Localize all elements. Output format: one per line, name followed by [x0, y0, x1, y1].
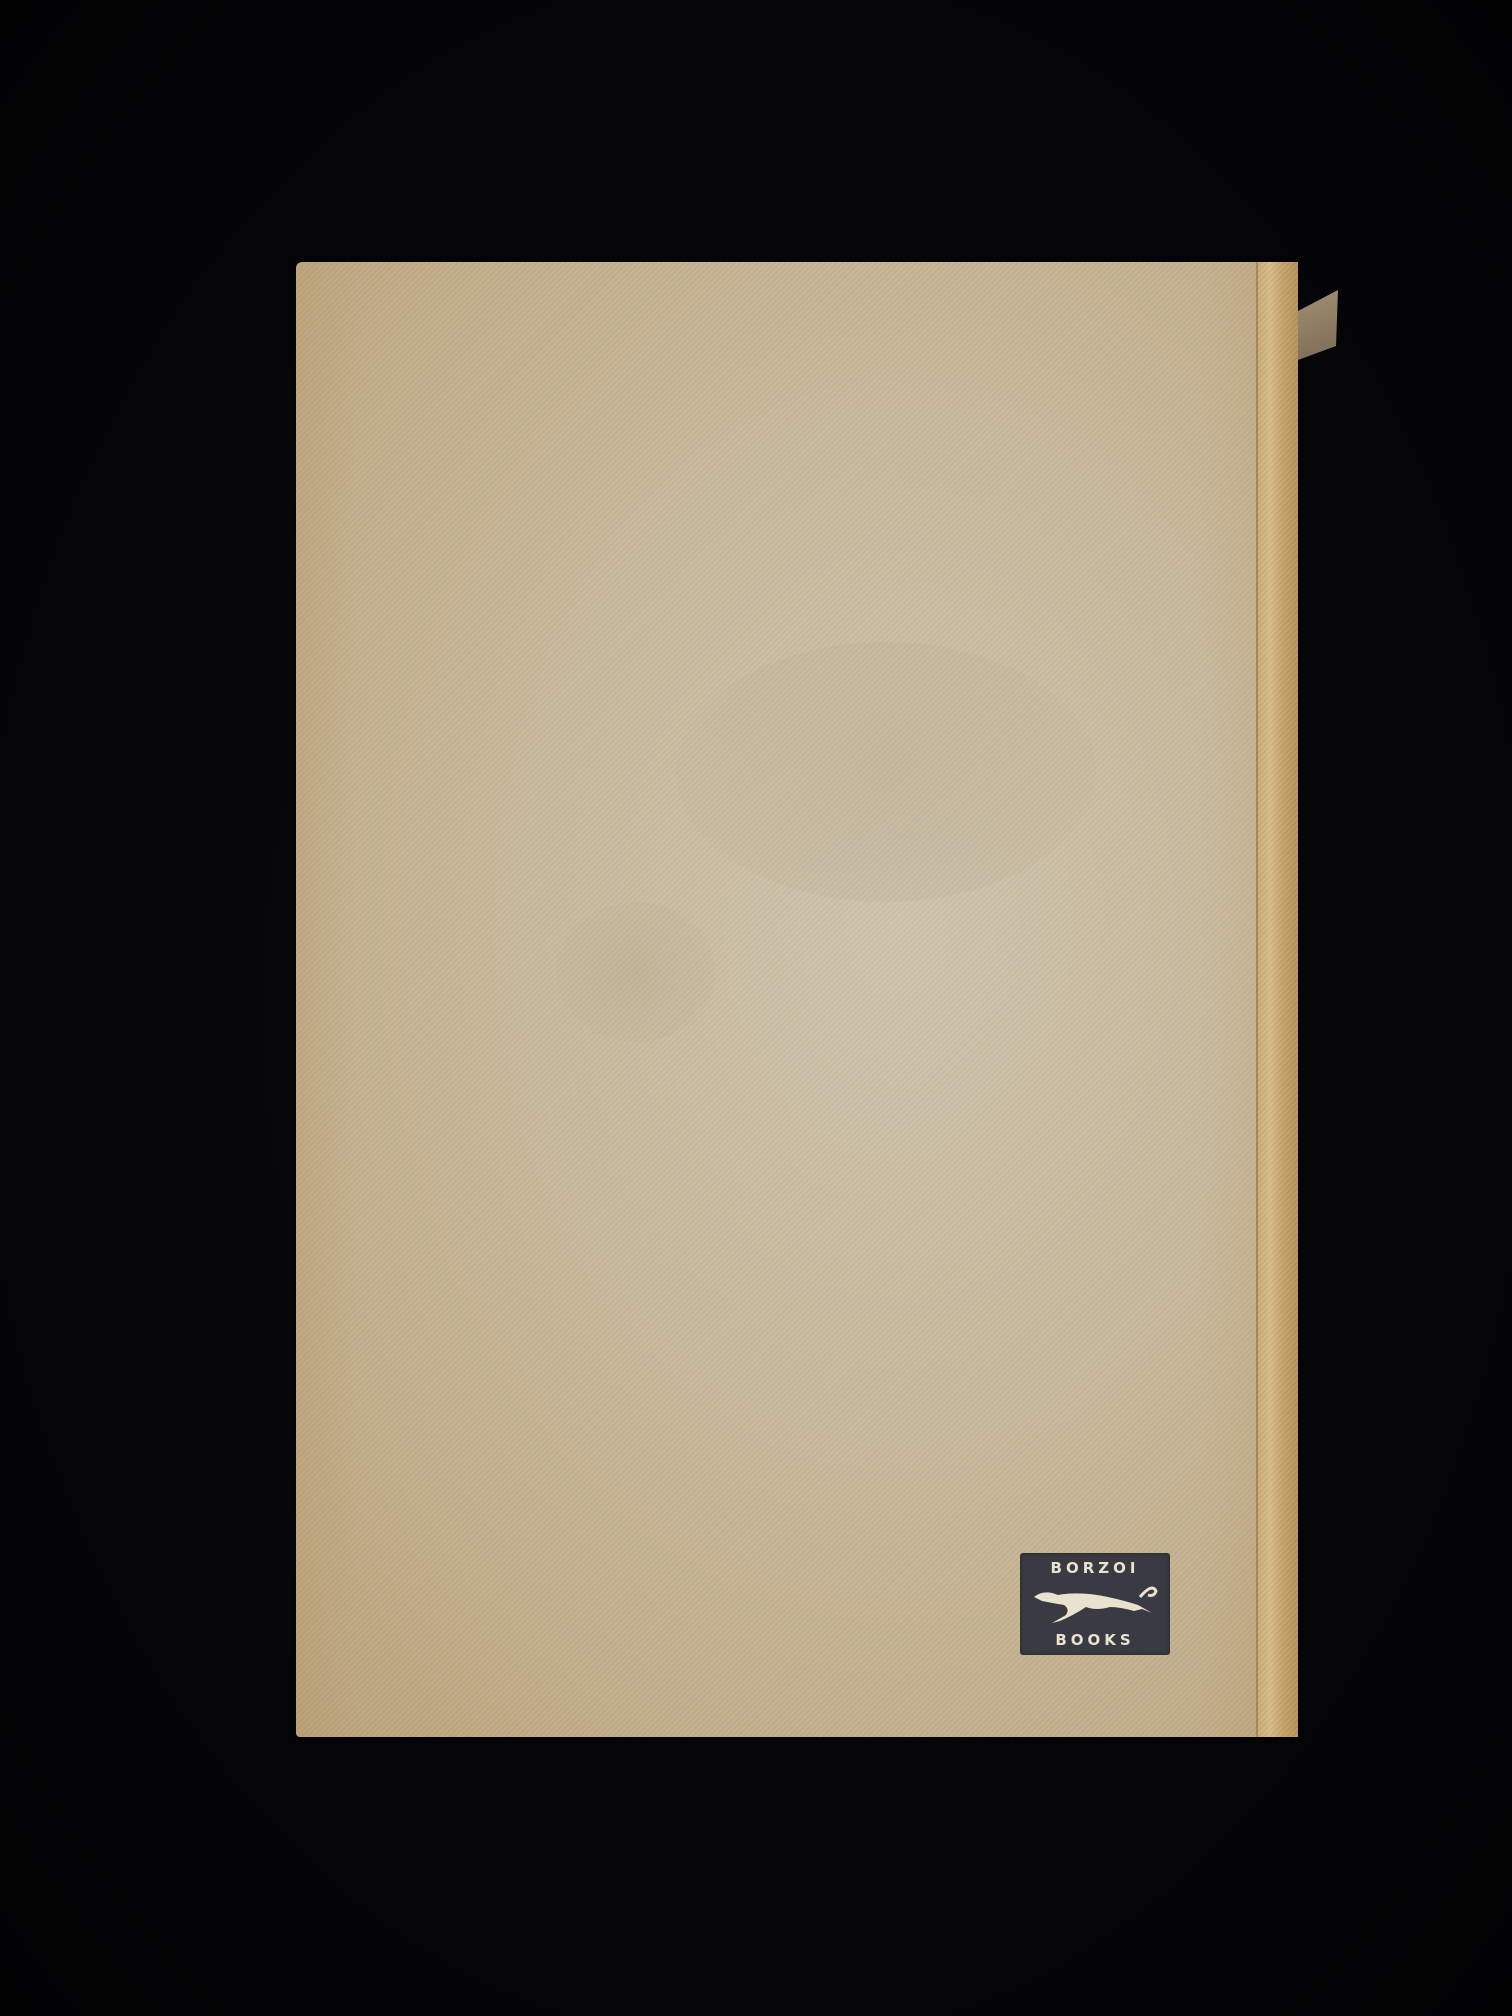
- publisher-logo: BORZOI BOOKS: [1020, 1553, 1170, 1655]
- logo-bottom-text: BOOKS: [1020, 1631, 1170, 1649]
- book-spine-edge: [1256, 262, 1298, 1737]
- logo-top-text: BORZOI: [1020, 1559, 1170, 1577]
- bookmark-tab: [1298, 290, 1338, 360]
- cover-stain: [556, 902, 716, 1042]
- cover-stain: [676, 642, 1096, 902]
- running-borzoi-dog-icon: [1030, 1581, 1160, 1627]
- book-back-cover: [296, 262, 1298, 1737]
